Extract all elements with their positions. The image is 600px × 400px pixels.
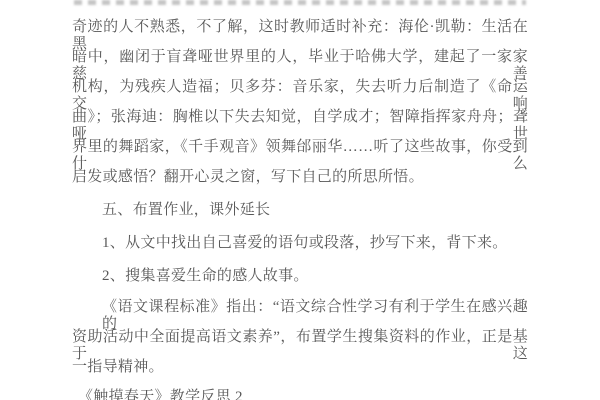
text-line: 曲》；张海迪：胸椎以下失去知觉，自学成才；智障指挥家舟舟；聋哑世 — [72, 109, 528, 127]
cropped-text-line-bottom: 《触摸春天》教学反思 2 — [72, 389, 534, 400]
list-item: 2、搜集喜爱生命的感人故事。 — [72, 268, 528, 286]
text-line: 机构，为残疾人造福；贝多芬：音乐家，失去听力后制造了《命运交响 — [72, 79, 528, 97]
text-line: 资助活动中全面提高语文素养”，布置学生搜集资料的作业，正是基于这 — [72, 329, 528, 347]
text-line: 一指导精神。 — [72, 359, 528, 377]
text-line: 暗中，幽闭于盲聋哑世界里的人，毕业于哈佛大学，建起了一家家慈善 — [72, 49, 528, 67]
section-heading: 五、布置作业，课外延长 — [72, 202, 528, 220]
cropped-text-line-top — [74, 0, 526, 5]
text-line: 《语文课程标准》指出：“语文综合性学习有利于学生在感兴趣的 — [72, 299, 528, 317]
list-item: 1、从文中找出自己喜爱的语句或段落，抄写下来，背下来。 — [72, 235, 528, 253]
text-line: 启发或感悟？翻开心灵之窗，写下自己的所思所悟。 — [72, 169, 528, 187]
text-line: 奇迹的人不熟悉，不了解，这时教师适时补充：海伦·凯勒：生活在黑 — [72, 19, 528, 37]
document-page: 奇迹的人不熟悉，不了解，这时教师适时补充：海伦·凯勒：生活在黑 暗中，幽闭于盲聋… — [0, 0, 600, 400]
text-line: 界里的舞蹈家，《千手观音》领舞邰丽华……听了这些故事，你受到什么 — [72, 139, 528, 157]
